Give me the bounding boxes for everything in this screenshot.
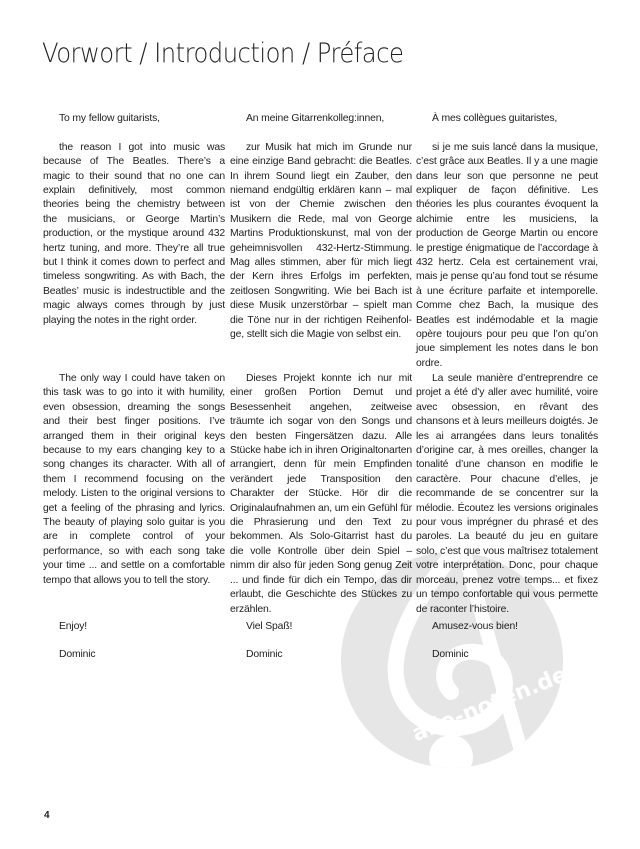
english-paragraph-1: the reason I got into music was because …	[43, 141, 225, 328]
english-intro: To my fellow guitarists, the reason I go…	[43, 112, 225, 328]
german-intro: An meine Gitarrenkolleg:innen, zur Musik…	[230, 112, 412, 342]
english-salutation: To my fellow guitarists,	[43, 112, 225, 126]
french-salutation: À mes collègues guitaristes,	[416, 112, 598, 126]
german-paragraph-2: Dieses Projekt konnte ich nur mit einer …	[230, 372, 412, 617]
english-closing: Enjoy!	[43, 620, 225, 634]
english-body: The only way I could have taken on this …	[43, 372, 225, 588]
german-signature: Dominic	[230, 648, 412, 662]
german-salutation: An meine Gitarrenkolleg:innen,	[230, 112, 412, 126]
french-paragraph-2: La seule manière d’entreprendre ce proje…	[416, 372, 598, 617]
english-signature: Dominic	[43, 648, 225, 662]
french-signature: Dominic	[416, 648, 598, 662]
german-body: Dieses Projekt konnte ich nur mit einer …	[230, 372, 412, 617]
german-signoff: Viel Spaß! Dominic	[230, 620, 412, 663]
english-paragraph-2: The only way I could have taken on this …	[43, 372, 225, 588]
page-title: Vorwort / Introduction / Préface	[42, 38, 403, 69]
page-number: 4	[44, 810, 50, 821]
english-signoff: Enjoy! Dominic	[43, 620, 225, 663]
german-paragraph-1: zur Musik hat mich im Grunde nur eine ei…	[230, 141, 412, 343]
french-body: La seule manière d’entreprendre ce proje…	[416, 372, 598, 617]
watermark-text: alle-noten.de	[409, 662, 563, 747]
french-paragraph-1: si je me suis lancé dans la mu­sique, c’…	[416, 141, 598, 372]
french-signoff: Amusez-vous bien! Dominic	[416, 620, 598, 663]
german-closing: Viel Spaß!	[230, 620, 412, 634]
french-intro: À mes collègues guitaristes, si je me su…	[416, 112, 598, 371]
french-closing: Amusez-vous bien!	[416, 620, 598, 634]
